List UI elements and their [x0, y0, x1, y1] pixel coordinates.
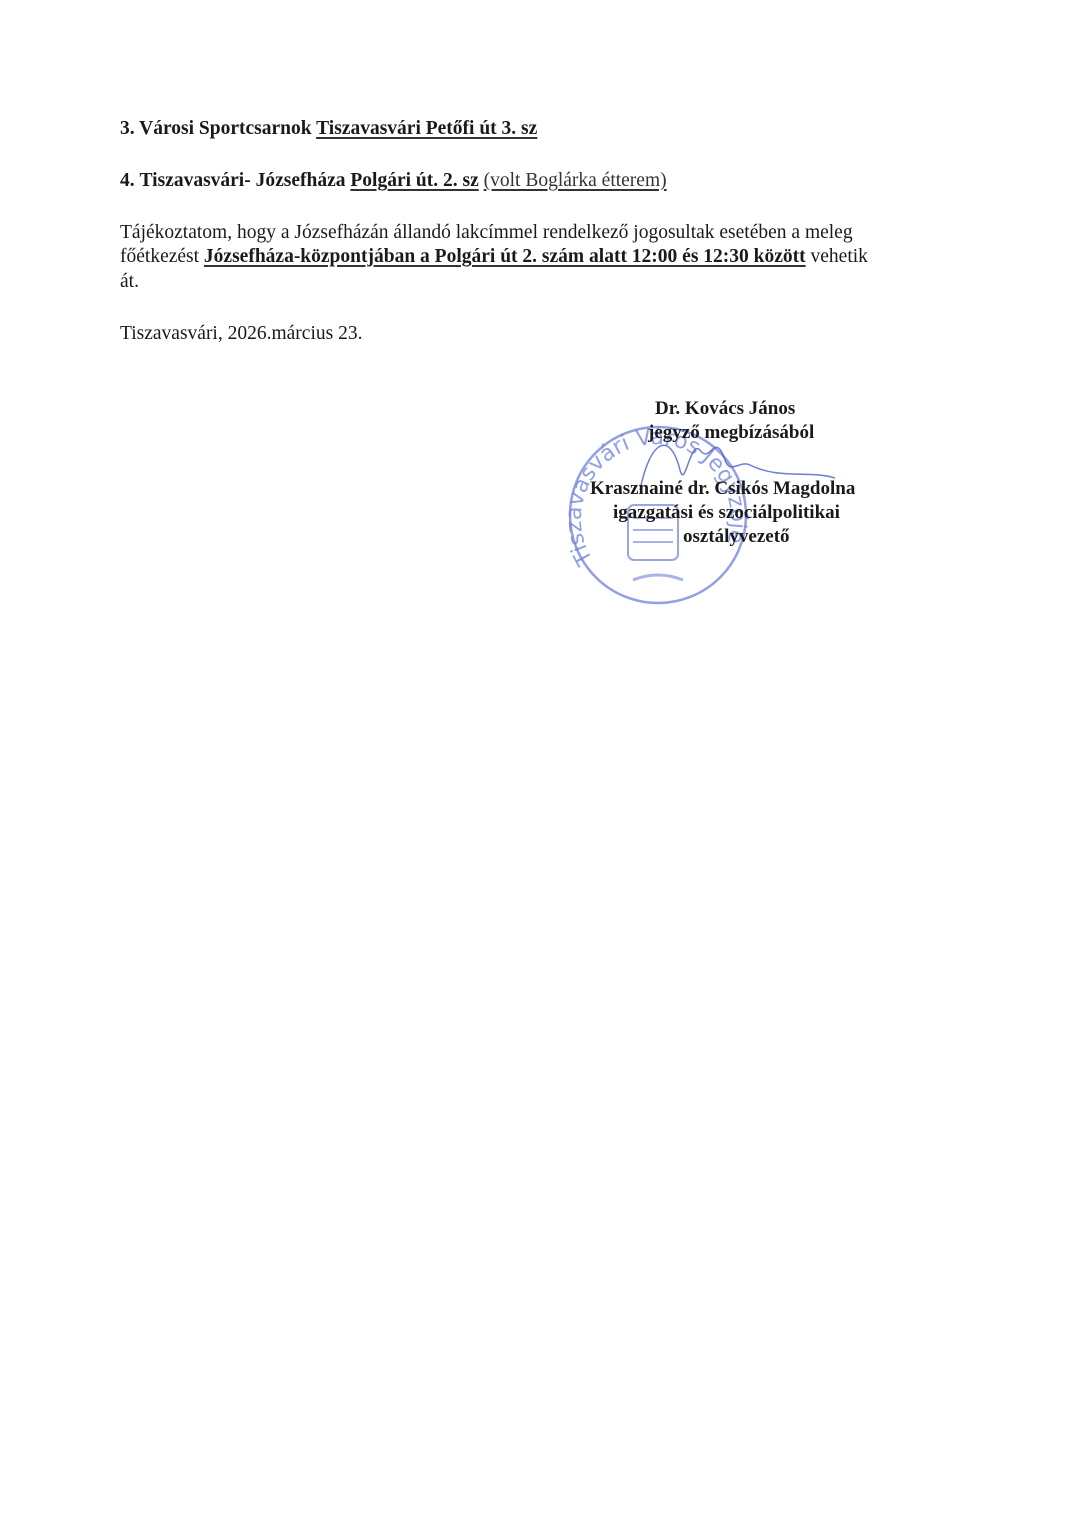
- item-address: Polgári út. 2. sz: [350, 170, 478, 191]
- info-line-1: Tájékoztatom, hogy a Józsefházán állandó…: [120, 222, 853, 244]
- signer-title-2: osztályvezető: [683, 526, 790, 548]
- place-date: Tiszavasvári, 2026.március 23.: [120, 323, 362, 345]
- signer-title-1: igazgatási és szociálpolitikai: [613, 502, 840, 524]
- item-address: Tiszavasvári Petőfi út 3. sz: [316, 118, 537, 139]
- item-number: 4.: [120, 170, 135, 191]
- info-line-2: főétkezést Józsefháza-központjában a Pol…: [120, 246, 868, 268]
- info-suffix: vehetik: [811, 246, 868, 267]
- item-name: Városi Sportcsarnok: [139, 118, 311, 139]
- info-highlight: Józsefháza-központjában a Polgári út 2. …: [204, 246, 806, 267]
- item-note: (volt Boglárka étterem): [484, 170, 667, 191]
- location-item-4: 4. Tiszavasvári- Józsefháza Polgári út. …: [120, 170, 667, 192]
- item-name: Tiszavasvári- Józsefháza: [140, 170, 346, 191]
- signatory-name: Dr. Kovács János: [655, 398, 795, 420]
- info-prefix: főétkezést: [120, 246, 199, 267]
- item-number: 3.: [120, 118, 135, 139]
- info-line-3: át.: [120, 271, 139, 293]
- location-item-3: 3. Városi Sportcsarnok Tiszavasvári Pető…: [120, 118, 537, 140]
- signer-name: Krasznainé dr. Csikós Magdolna: [590, 478, 855, 500]
- signatory-on-behalf: jegyző megbízásából: [648, 422, 814, 444]
